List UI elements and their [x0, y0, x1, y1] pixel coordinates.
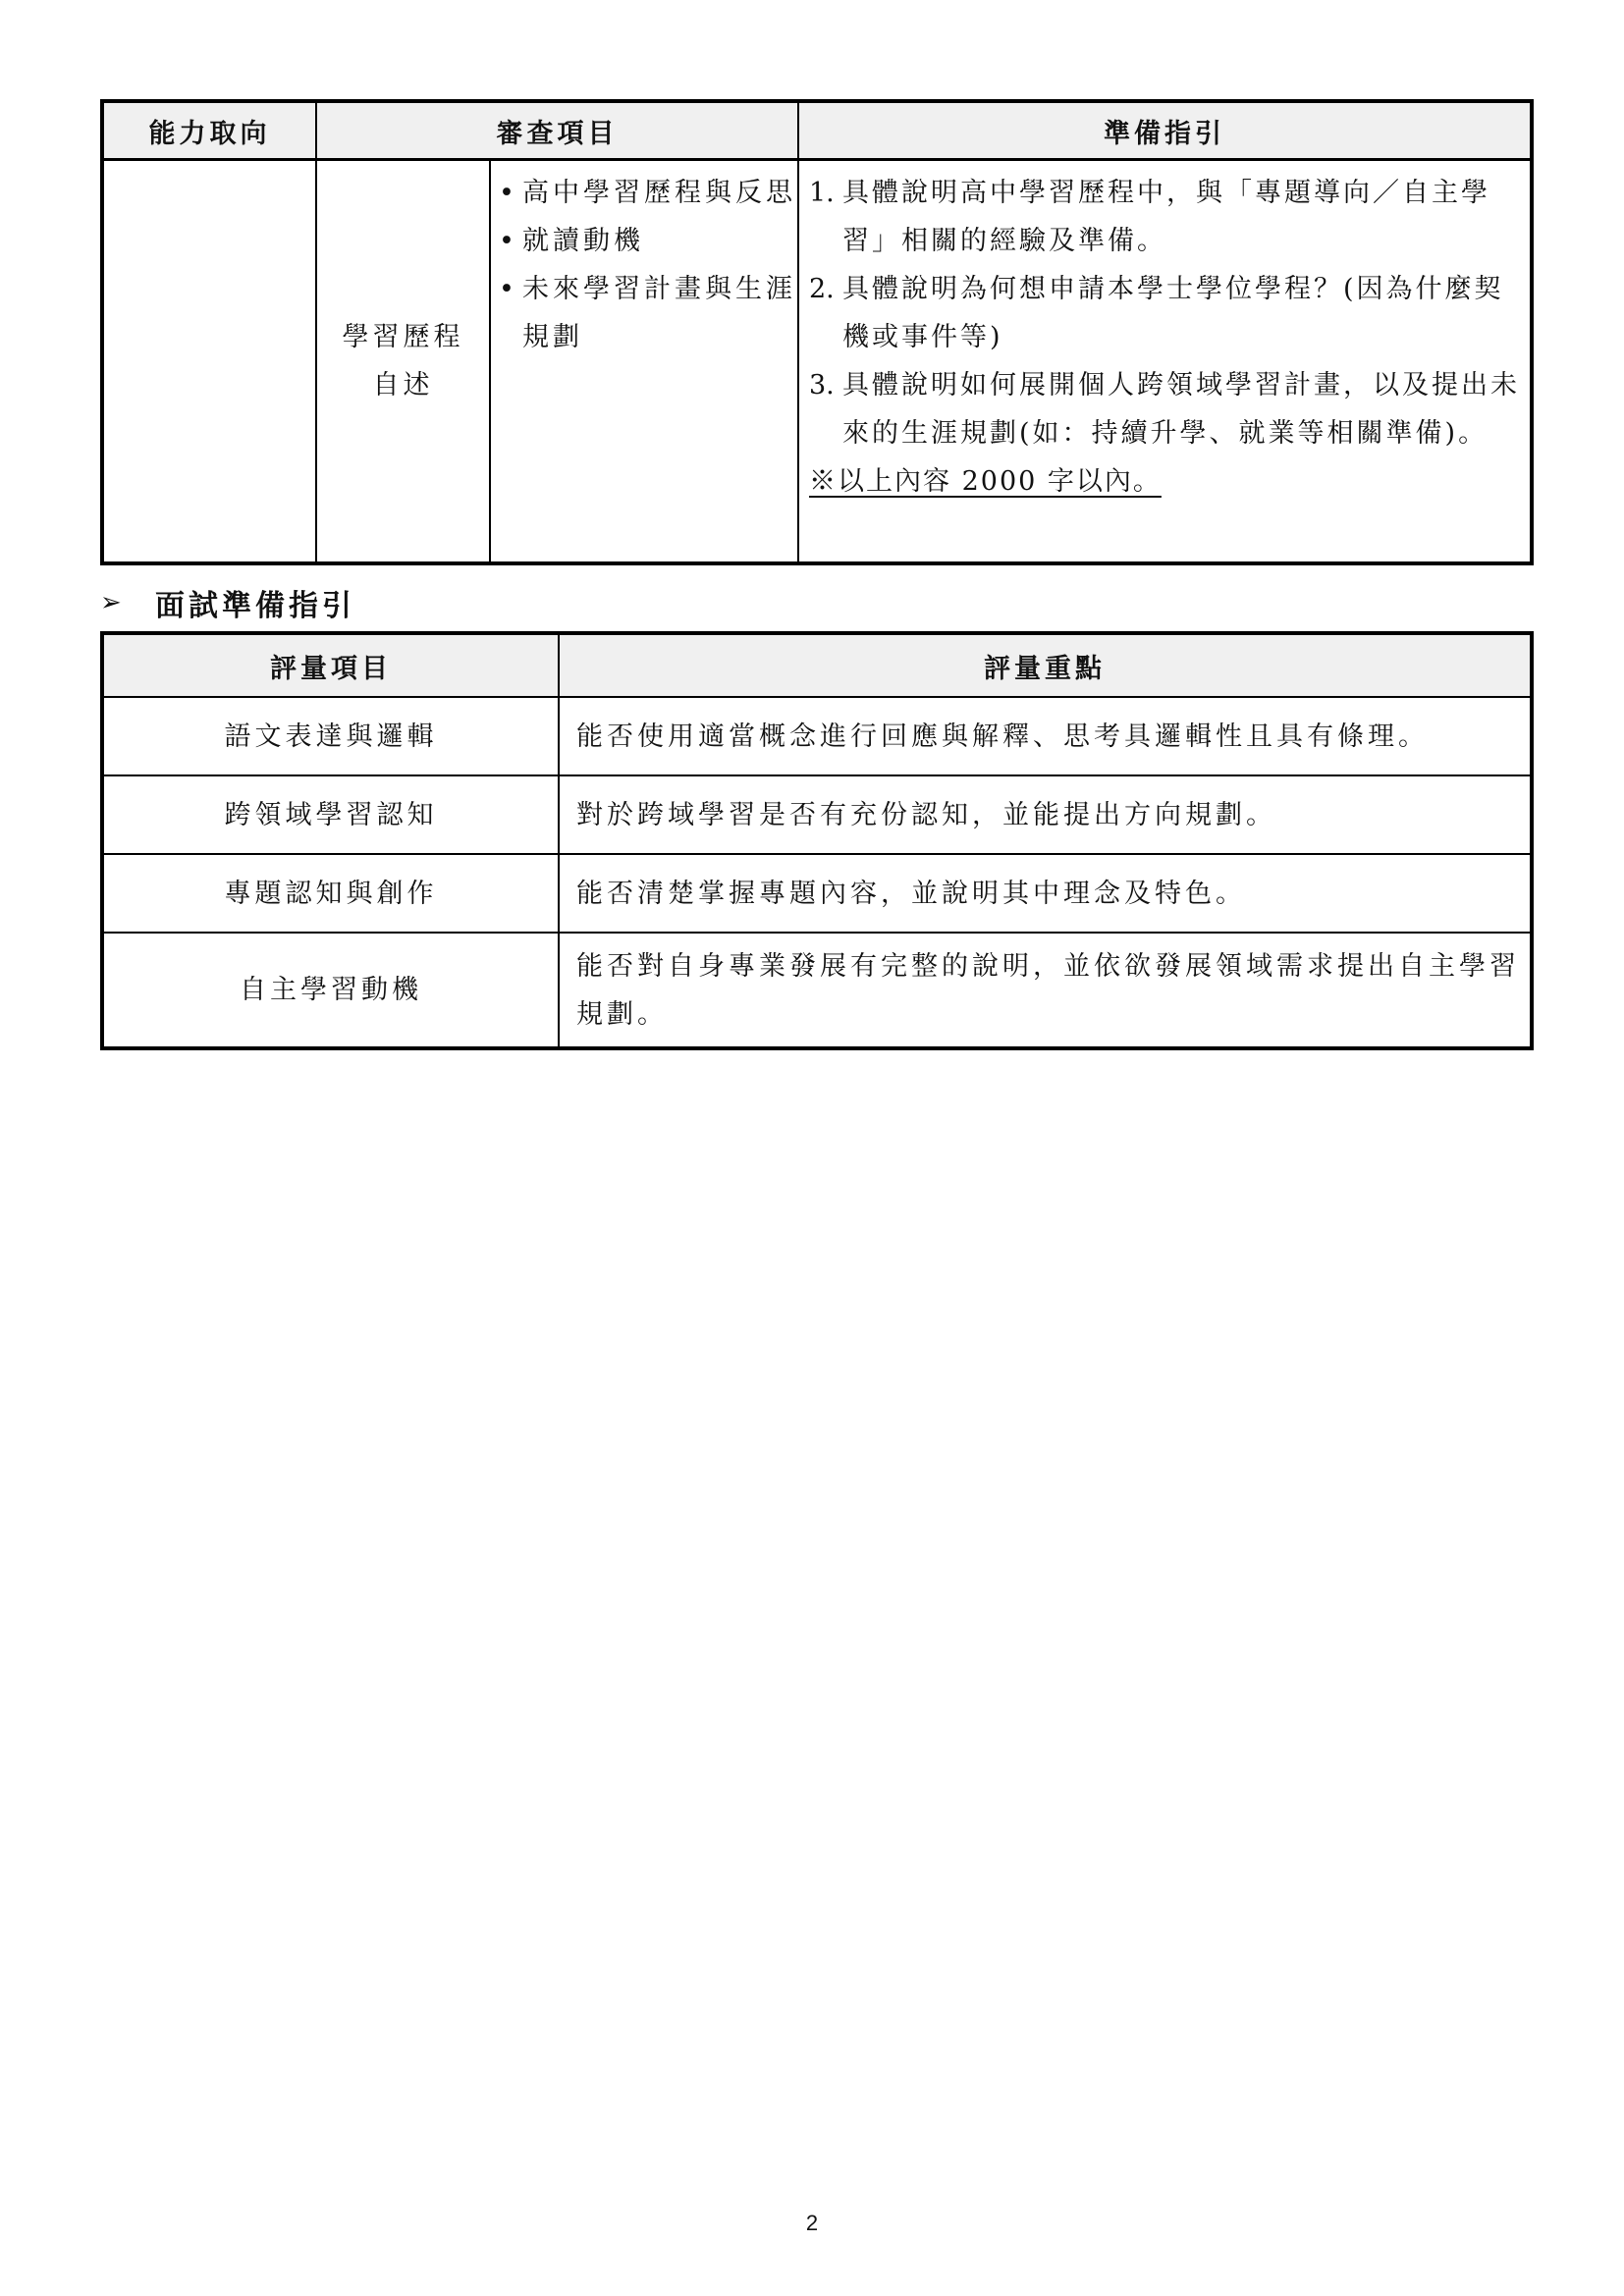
guide-number: 3.	[809, 361, 835, 409]
interview-table: 評量項目 評量重點 語文表達與邏輯 能否使用適當概念進行回應與解釋、思考具邏輯性…	[100, 631, 1534, 1050]
table-row: 語文表達與邏輯 能否使用適當概念進行回應與解釋、思考具邏輯性且具有條理。	[102, 697, 1532, 775]
guide-text: 具體說明高中學習歷程中，與「專題導向／自主學習」相關的經驗及準備。	[842, 178, 1490, 256]
item-cell: 學習歷程 自述	[316, 160, 490, 564]
table-row: 專題認知與創作 能否清楚掌握專題內容，並說明其中理念及特色。	[102, 854, 1532, 933]
guide-number: 2.	[809, 265, 835, 313]
guide-item: 1.具體說明高中學習歷程中，與「專題導向／自主學習」相關的經驗及準備。	[809, 169, 1522, 265]
item-line: 學習歷程	[317, 313, 489, 361]
header-review-item: 審查項目	[316, 101, 798, 160]
arrow-bullet-icon: ➢	[100, 588, 155, 617]
eval-focus: 能否清楚掌握專題內容，並說明其中理念及特色。	[559, 854, 1532, 933]
eval-item: 跨領域學習認知	[102, 775, 559, 854]
sub-items-list: 高中學習歷程與反思 就讀動機 未來學習計畫與生涯規劃	[491, 169, 797, 361]
sub-item: 就讀動機	[499, 217, 797, 265]
section-title: 面試準備指引	[155, 581, 355, 624]
sub-item: 高中學習歷程與反思	[499, 169, 797, 217]
ability-cell	[102, 160, 316, 564]
guide-text: 具體說明如何展開個人跨領域學習計畫，以及提出未來的生涯規劃(如：持續升學、就業等…	[842, 370, 1520, 449]
guide-number: 1.	[809, 169, 835, 217]
header-prep-guide: 準備指引	[798, 101, 1532, 160]
sub-items-cell: 高中學習歷程與反思 就讀動機 未來學習計畫與生涯規劃	[490, 160, 798, 564]
interview-section-heading: ➢ 面試準備指引	[100, 581, 355, 624]
page-number: 2	[0, 2211, 1624, 2236]
header-eval-focus: 評量重點	[559, 633, 1532, 697]
header-eval-item: 評量項目	[102, 633, 559, 697]
guides-list: 1.具體說明高中學習歷程中，與「專題導向／自主學習」相關的經驗及準備。 2.具體…	[809, 169, 1522, 457]
eval-item: 語文表達與邏輯	[102, 697, 559, 775]
interview-table-header: 評量項目 評量重點	[102, 633, 1532, 697]
table-row: 自主學習動機 能否對自身專業發展有完整的說明，並依欲發展領域需求提出自主學習規劃…	[102, 933, 1532, 1048]
review-table-row: 學習歷程 自述 高中學習歷程與反思 就讀動機 未來學習計畫與生涯規劃 1.具體說…	[102, 160, 1532, 564]
eval-focus: 對於跨域學習是否有充份認知，並能提出方向規劃。	[559, 775, 1532, 854]
guide-item: 2.具體說明為何想申請本學士學位學程？(因為什麼契機或事件等)	[809, 265, 1522, 361]
guide-item: 3.具體說明如何展開個人跨領域學習計畫，以及提出未來的生涯規劃(如：持續升學、就…	[809, 361, 1522, 457]
eval-focus: 能否使用適當概念進行回應與解釋、思考具邏輯性且具有條理。	[559, 697, 1532, 775]
table-row: 跨領域學習認知 對於跨域學習是否有充份認知，並能提出方向規劃。	[102, 775, 1532, 854]
guides-cell: 1.具體說明高中學習歷程中，與「專題導向／自主學習」相關的經驗及準備。 2.具體…	[798, 160, 1532, 564]
review-table-header: 能力取向 審查項目 準備指引	[102, 101, 1532, 160]
eval-item: 自主學習動機	[102, 933, 559, 1048]
eval-item: 專題認知與創作	[102, 854, 559, 933]
item-line: 自述	[317, 361, 489, 409]
review-table: 能力取向 審查項目 準備指引 學習歷程 自述 高中學習歷程與反思 就讀動機 未來…	[100, 99, 1534, 565]
sub-item: 未來學習計畫與生涯規劃	[499, 265, 797, 361]
word-limit-note: ※以上內容 2000 字以內。	[809, 457, 1522, 506]
eval-focus: 能否對自身專業發展有完整的說明，並依欲發展領域需求提出自主學習規劃。	[559, 933, 1532, 1048]
guide-text: 具體說明為何想申請本學士學位學程？(因為什麼契機或事件等)	[842, 274, 1504, 352]
header-ability: 能力取向	[102, 101, 316, 160]
